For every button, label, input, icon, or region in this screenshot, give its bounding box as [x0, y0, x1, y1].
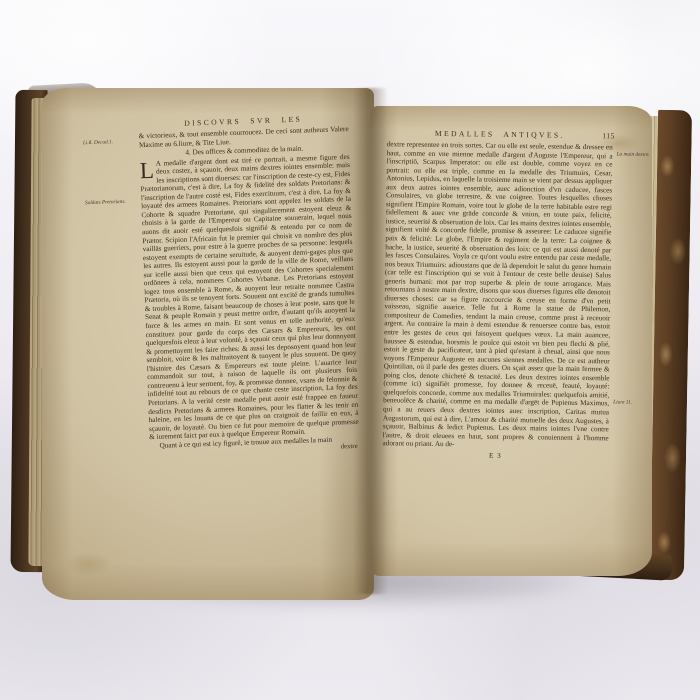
right-page-text-column: dextre representee en trois sortes. Car … [382, 140, 612, 461]
open-book: DISCOVRS SVR LES Li.8. Decad.1. Soldats … [0, 0, 700, 700]
left-page-text-layer: DISCOVRS SVR LES Li.8. Decad.1. Soldats … [33, 82, 383, 605]
margin-note-soldats-pretorians: Soldats Pre­torians. [85, 198, 137, 206]
margin-note-liure: Liure 11. [613, 399, 649, 406]
right-page: MEDALLES ANTIQVES. 115 La main dextre. L… [370, 106, 652, 576]
running-header-right: MEDALLES ANTIQVES. 115 [387, 128, 613, 140]
margin-note-la-main-dextre: La main dextre. [617, 151, 653, 158]
right-page-main-paragraph: dextre representee en trois sortes. Car … [382, 140, 612, 451]
left-page-main-paragraph: LA medalle d'argent dont est tiré ce por… [140, 153, 360, 442]
right-book-cover-marbled [650, 110, 692, 581]
margin-note-citation: Li.8. Decad.1. [83, 138, 135, 146]
photo-scene: DISCOVRS SVR LES Li.8. Decad.1. Soldats … [0, 0, 700, 700]
right-page-text-layer: MEDALLES ANTIQVES. 115 La main dextre. L… [367, 104, 656, 578]
running-header-right-title: MEDALLES ANTIQVES. [435, 129, 565, 140]
left-page: DISCOVRS SVR LES Li.8. Decad.1. Soldats … [42, 88, 374, 600]
dropcap-initial: L [140, 159, 157, 180]
page-number: 115 [602, 131, 615, 140]
left-page-main-text: A medalle d'argent dont est tiré ce port… [140, 153, 359, 442]
left-page-text-column: & victorieux, & tout ensemble courroucez… [139, 125, 360, 459]
signature-mark: E 3 [382, 450, 608, 462]
